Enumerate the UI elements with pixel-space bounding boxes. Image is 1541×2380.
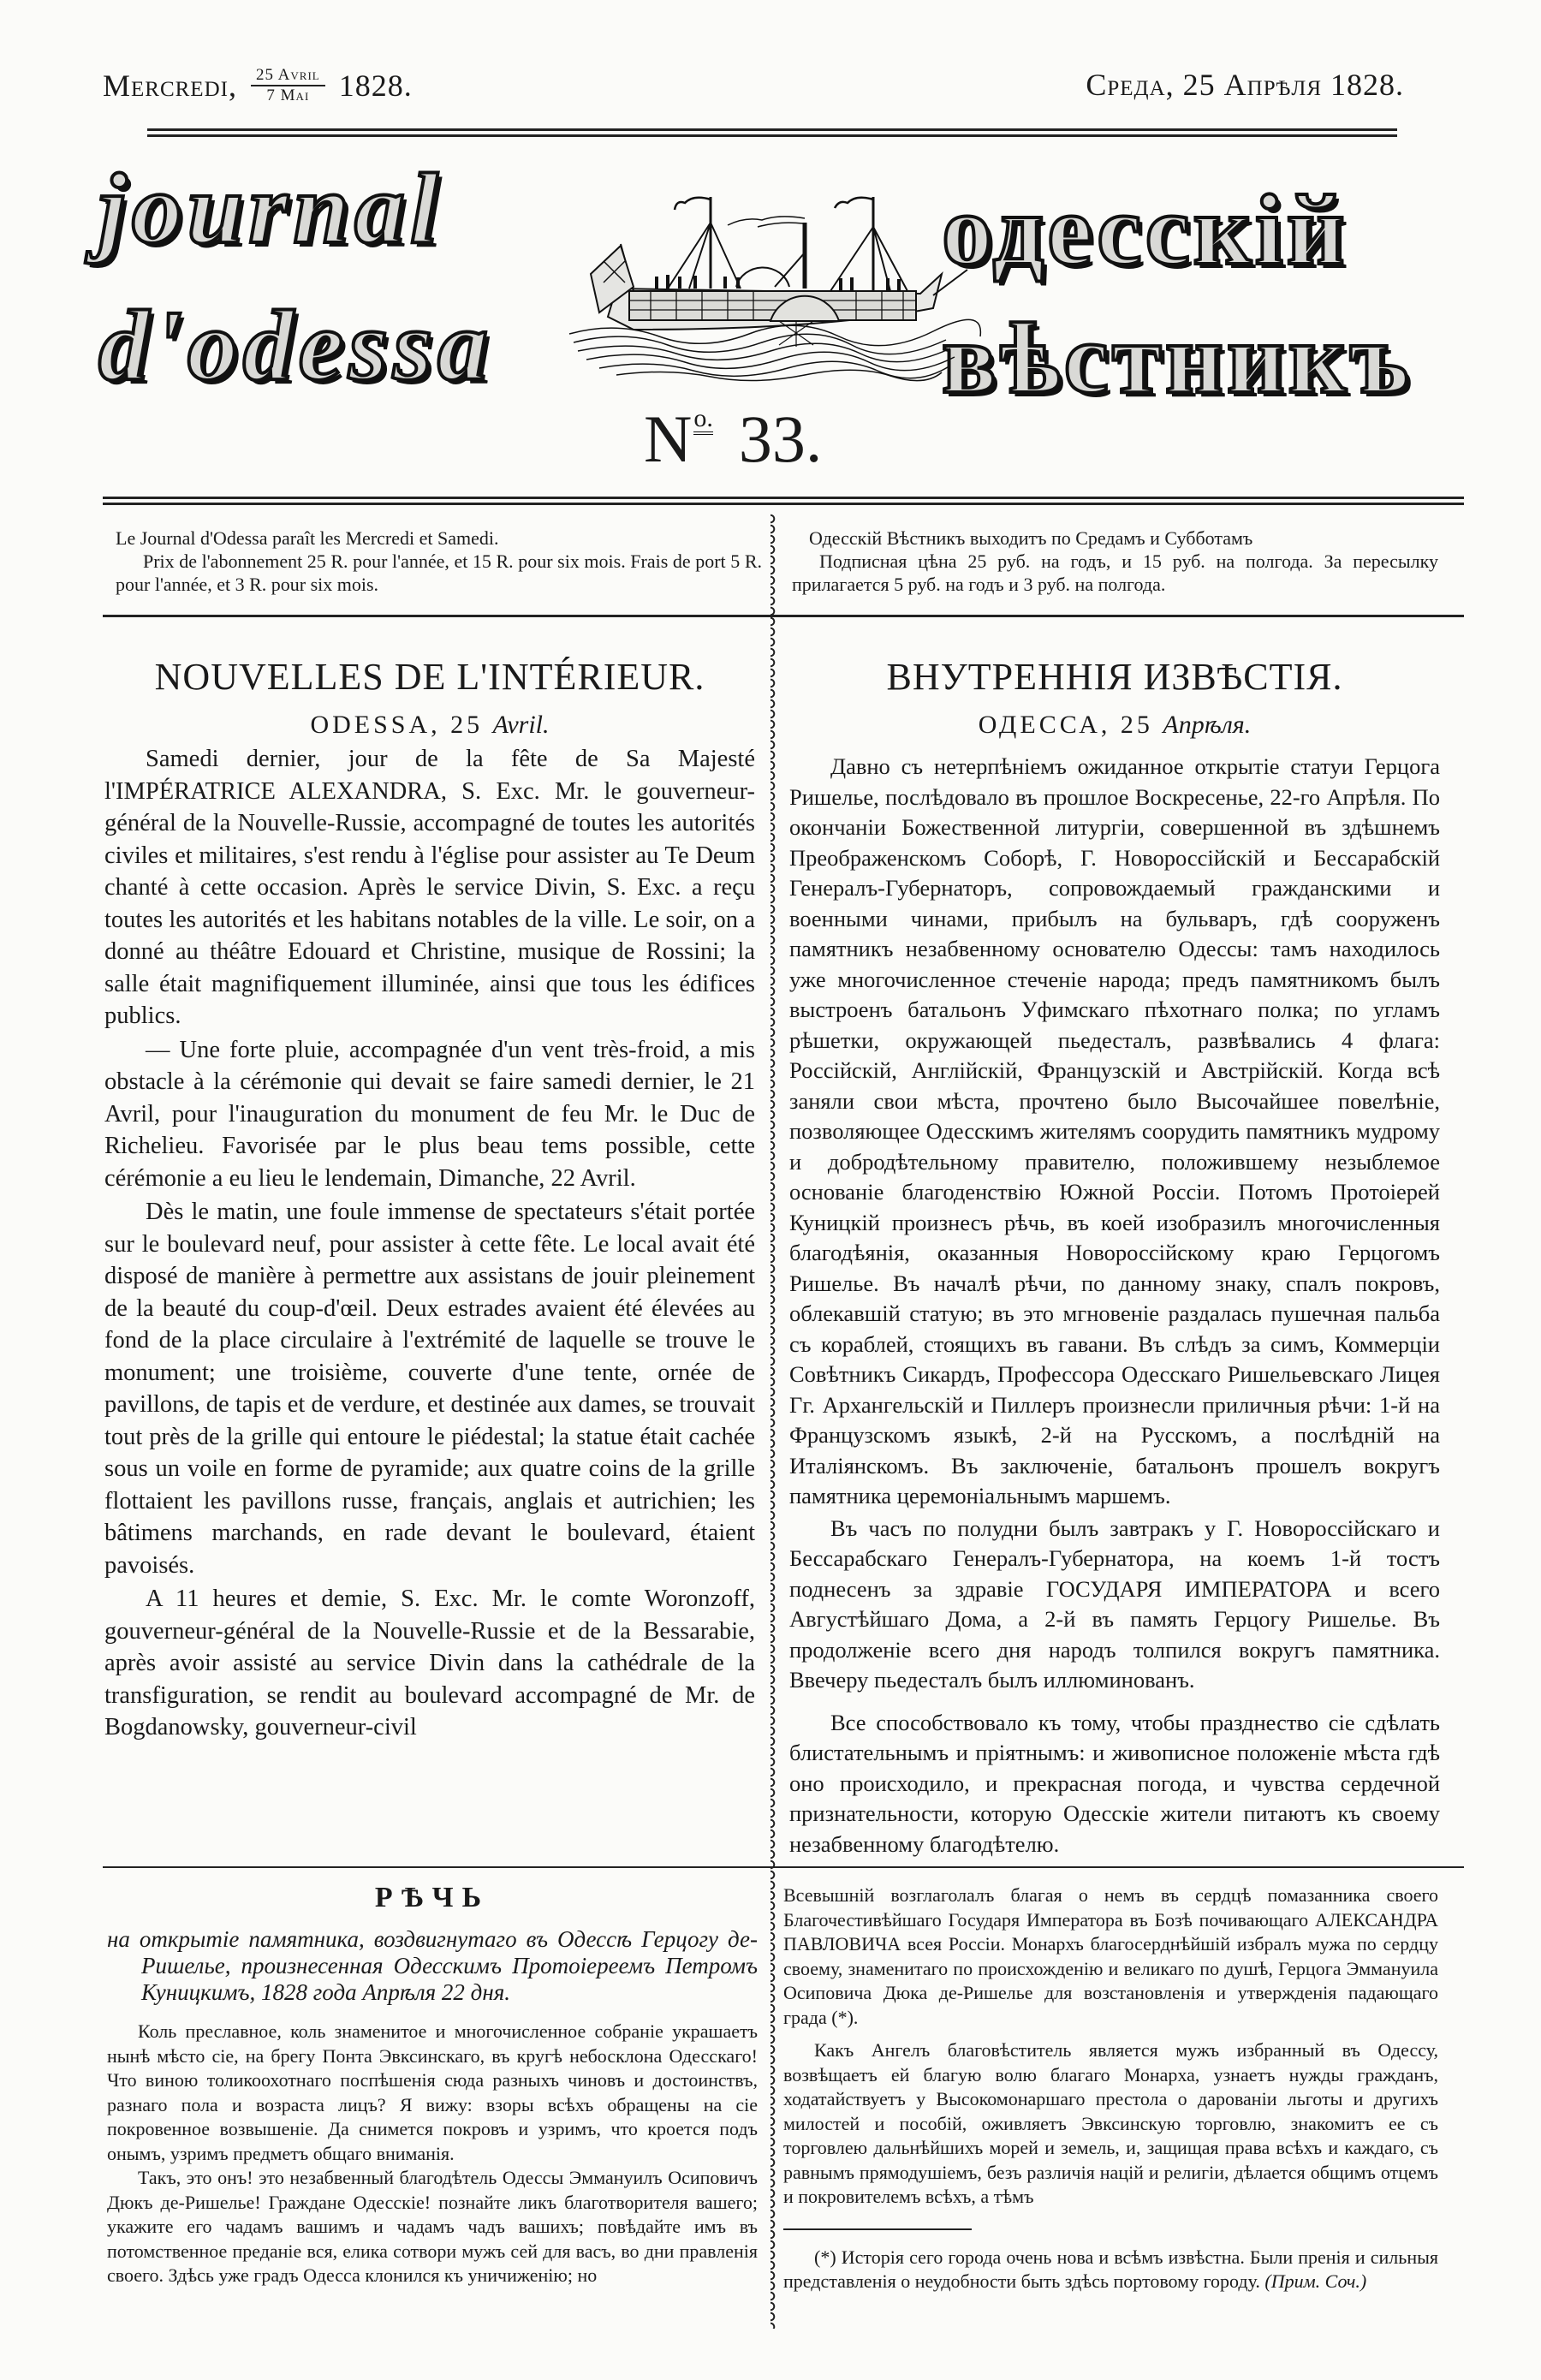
- french-year: 1828.: [339, 68, 413, 104]
- french-subscription-notice: Le Journal d'Odessa paraît les Mercredi …: [116, 527, 762, 596]
- ru-subscription-price: Подписная цѣна 25 руб. на годъ, и 15 руб…: [792, 550, 1438, 596]
- speech-paragraph: Какъ Ангелъ благовѣститель является мужъ…: [783, 2038, 1438, 2210]
- french-weekday: Mercredi,: [103, 68, 237, 104]
- speech-section: РѢЧЬ на открытіе памятника, воздвигнутаг…: [107, 1882, 758, 2288]
- masthead-ru-odesskiy: одесскій: [942, 180, 1348, 281]
- masthead-fr-odessa: d'odessa: [98, 295, 493, 396]
- speech-body-left: Коль преславное, коль знаменитое и много…: [107, 2020, 758, 2288]
- russian-article-body: Давно съ нетерпѣніемъ ожиданное открытіе…: [789, 752, 1440, 1859]
- speech-section-rule: [103, 1866, 1464, 1868]
- footnote: (*) Исторія сего города очень нова и всѣ…: [783, 2246, 1438, 2294]
- issue-prefix-superscript: o.: [693, 406, 713, 435]
- french-article-body: Samedi dernier, jour de la fête de Sa Ma…: [104, 743, 755, 1744]
- masthead-fr-journal: journal: [98, 158, 443, 259]
- dateline-month: Апрѣля.: [1163, 711, 1251, 739]
- masthead-top-rule: [147, 128, 1397, 137]
- french-dateline: Mercredi, 25 Avril 7 Mai 1828.: [103, 67, 413, 104]
- footnote-attribution: (Прим. Соч.): [1264, 2270, 1366, 2292]
- french-dateline-odessa: ODESSA, 25 Avril.: [104, 711, 755, 740]
- speech-continuation: Всевышній возглаголалъ благая о немъ въ …: [783, 1883, 1438, 2294]
- speech-title: РѢЧЬ: [107, 1882, 758, 1914]
- french-section-title: NOUVELLES DE L'INTÉRIEUR.: [104, 655, 755, 699]
- dual-calendar-date: 25 Avril 7 Mai: [251, 67, 325, 104]
- paddle-steamer-illustration: [565, 193, 985, 385]
- gregorian-date: 7 Mai: [266, 86, 309, 104]
- dateline-month: Avril.: [493, 711, 550, 739]
- article-paragraph: Samedi dernier, jour de la fête de Sa Ma…: [104, 743, 755, 1032]
- subscription-top-rule: [103, 497, 1464, 505]
- dateline-city: ОДЕССА, 25: [979, 711, 1153, 739]
- fr-publication-days: Le Journal d'Odessa paraît les Mercredi …: [116, 527, 762, 550]
- russian-subscription-notice: Одесскій Вѣстникъ выходитъ по Средамъ и …: [792, 527, 1438, 596]
- column-divider: [770, 514, 779, 2329]
- masthead-ru-vestnik: вѣстникъ: [942, 308, 1413, 409]
- russian-news-section: ВНУТРЕННІЯ ИЗВѢСТІЯ. ОДЕССА, 25 Апрѣля. …: [789, 655, 1440, 1859]
- article-paragraph: Dès le matin, une foule immense de spect…: [104, 1196, 755, 1581]
- speech-body-right: Всевышній возглаголалъ благая о немъ въ …: [783, 1883, 1438, 2210]
- issue-number-value: 33.: [739, 401, 823, 478]
- speech-paragraph: Коль преславное, коль знаменитое и много…: [107, 2020, 758, 2166]
- issue-prefix: N: [644, 401, 692, 478]
- speech-paragraph: Такъ, это онъ! это незабвенный благодѣте…: [107, 2166, 758, 2288]
- julian-date: 25 Avril: [251, 67, 325, 86]
- article-paragraph: A 11 heures et demie, S. Exc. Mr. le com…: [104, 1583, 755, 1744]
- russian-section-title: ВНУТРЕННІЯ ИЗВѢСТІЯ.: [789, 655, 1440, 699]
- footnote-rule: [783, 2228, 972, 2230]
- article-paragraph: Въ часъ по полудни былъ завтракъ у Г. Но…: [789, 1514, 1440, 1696]
- speech-paragraph: Всевышній возглаголалъ благая о немъ въ …: [783, 1883, 1438, 2030]
- article-paragraph: — Une forte pluie, accompagnée d'un vent…: [104, 1034, 755, 1195]
- dateline-city: ODESSA, 25: [310, 711, 483, 739]
- fr-subscription-price: Prix de l'abonnement 25 R. pour l'année,…: [116, 550, 762, 596]
- french-news-section: NOUVELLES DE L'INTÉRIEUR. ODESSA, 25 Avr…: [104, 655, 755, 1744]
- ship-icon: [565, 193, 985, 385]
- article-paragraph: Все способствовало къ тому, чтобы праздн…: [789, 1708, 1440, 1860]
- article-paragraph: Давно съ нетерпѣніемъ ожиданное открытіе…: [789, 752, 1440, 1512]
- russian-dateline: Среда, 25 Апрѣля 1828.: [1086, 67, 1404, 103]
- speech-subtitle: на открытіе памятника, воздвигнутаго въ …: [107, 1926, 758, 2006]
- ru-publication-days: Одесскій Вѣстникъ выходитъ по Средамъ и …: [792, 527, 1438, 550]
- issue-number: N o. 33.: [644, 401, 822, 478]
- russian-dateline-odessa: ОДЕССА, 25 Апрѣля.: [789, 711, 1440, 740]
- subscription-bottom-rule: [103, 615, 1464, 617]
